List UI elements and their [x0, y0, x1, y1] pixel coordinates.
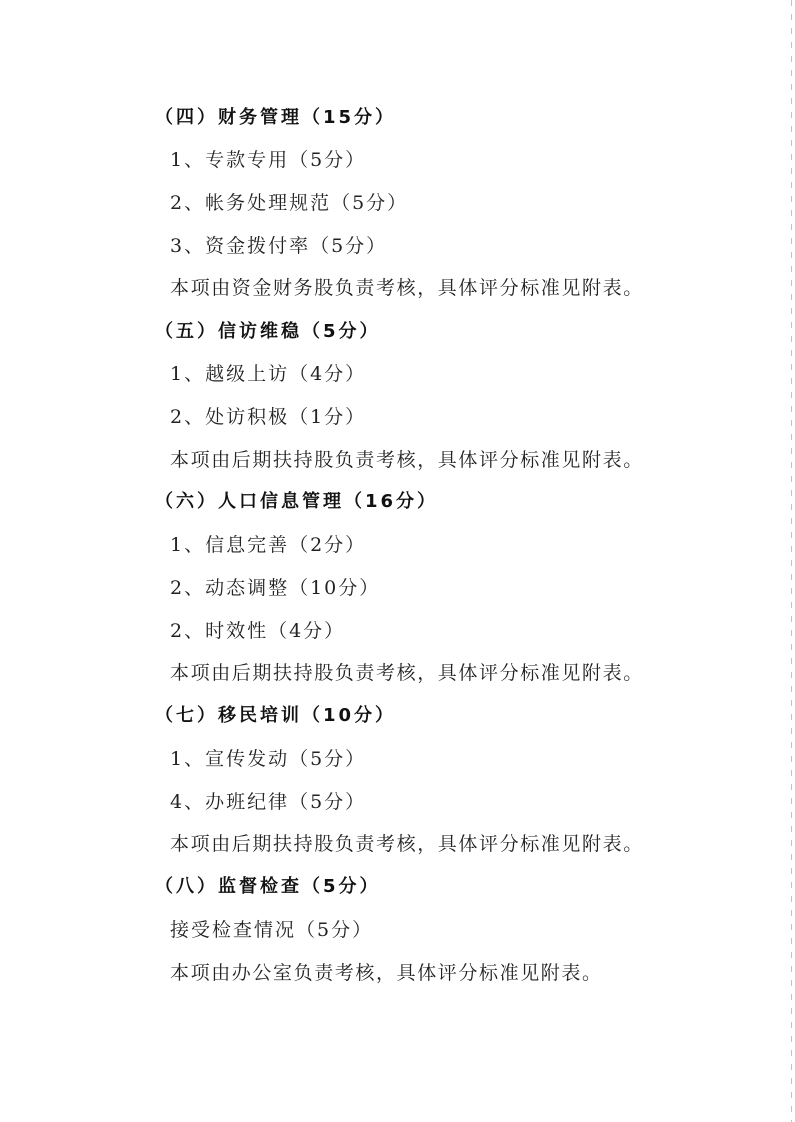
document-page: （四）财务管理（15分） 1、专款专用（5分） 2、帐务处理规范（5分） 3、资…	[0, 0, 795, 1122]
section-note: 本项由后期扶持股负责考核，具体评分标准见附表。	[170, 448, 644, 472]
section-item: 3、资金拨付率（5分）	[170, 234, 387, 258]
section-note: 本项由资金财务股负责考核，具体评分标准见附表。	[170, 276, 644, 300]
section-heading-training: （七）移民培训（10分）	[155, 704, 396, 728]
section-item: 4、办班纪律（5分）	[170, 790, 366, 814]
scan-edge-artifact	[791, 0, 792, 1122]
section-item: 2、时效性（4分）	[170, 619, 345, 643]
section-item: 1、宣传发动（5分）	[170, 747, 366, 771]
section-note: 本项由办公室负责考核，具体评分标准见附表。	[170, 961, 603, 985]
section-note: 本项由后期扶持股负责考核，具体评分标准见附表。	[170, 661, 644, 685]
section-item: 2、处访积极（1分）	[170, 405, 366, 429]
section-item: 2、帐务处理规范（5分）	[170, 191, 408, 215]
section-heading-population-info: （六）人口信息管理（16分）	[155, 490, 438, 514]
section-item: 接受检查情况（5分）	[170, 918, 373, 942]
section-item: 2、动态调整（10分）	[170, 576, 380, 600]
section-item: 1、越级上访（4分）	[170, 362, 366, 386]
section-item: 1、专款专用（5分）	[170, 148, 366, 172]
section-note: 本项由后期扶持股负责考核，具体评分标准见附表。	[170, 832, 644, 856]
section-heading-finance: （四）财务管理（15分）	[155, 106, 396, 130]
section-heading-supervision: （八）监督检查（5分）	[155, 875, 381, 899]
section-heading-petition: （五）信访维稳（5分）	[155, 320, 381, 344]
section-item: 1、信息完善（2分）	[170, 533, 366, 557]
